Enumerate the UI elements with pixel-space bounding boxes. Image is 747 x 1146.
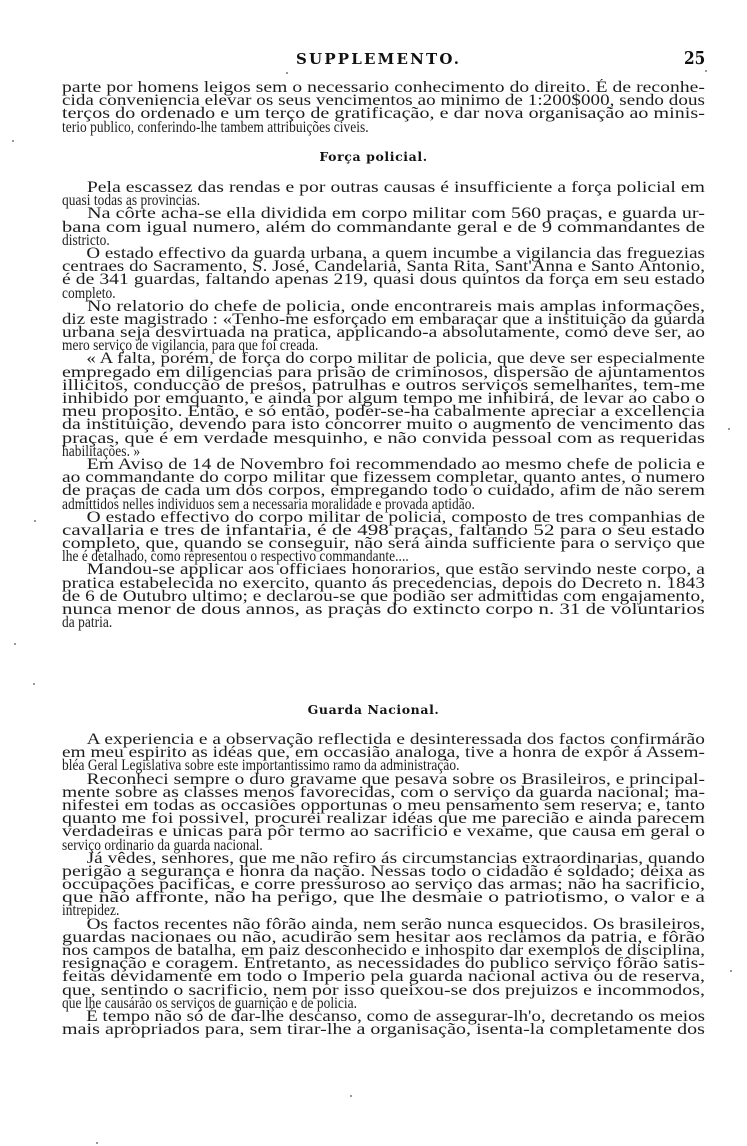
text-line: mais apropriados para, sem tirar-lhe a o…	[62, 1023, 705, 1036]
scan-speck	[12, 140, 14, 142]
text-line: da patria.	[62, 616, 705, 629]
section-heading-guarda-nacional: Guarda Nacional.	[0, 702, 747, 717]
scan-speck	[730, 970, 732, 972]
page-number: 25	[684, 48, 705, 69]
text-line: é de 341 guardas, faltando apenas 219, q…	[62, 273, 705, 286]
scan-speck	[350, 1095, 352, 1097]
scan-speck	[96, 1142, 98, 1144]
scan-speck	[34, 520, 36, 522]
running-title: SUPPLEMENTO.	[296, 50, 461, 68]
section-heading-forca-policial: Força policial.	[0, 149, 747, 164]
scan-speck	[286, 72, 288, 74]
document-page: SUPPLEMENTO. 25 parte por homens leigos …	[0, 0, 747, 1146]
section-body-forca-policial: Pela escassez das rendas e por outras ca…	[62, 181, 705, 629]
text-line: bana com igual numero, além do commandan…	[62, 221, 705, 234]
text-line: terio publico, conferindo-lhe tambem att…	[62, 121, 705, 134]
scan-speck	[14, 643, 16, 645]
scan-speck	[728, 428, 730, 430]
text-line: nunca menor de dous annos, as praças do …	[62, 603, 705, 616]
running-head: SUPPLEMENTO. 25	[0, 50, 747, 70]
scan-speck	[33, 683, 35, 685]
section-body-guarda-nacional: A experiencia e a observação reflectida …	[62, 733, 705, 1036]
scan-speck	[705, 70, 707, 72]
intro-paragraph: parte por homens leigos sem o necessario…	[62, 81, 705, 134]
text-line: praças, que é em verdade mesquinho, e nã…	[62, 432, 705, 445]
text-line: que não affronte, não ha perigo, que lhe…	[62, 891, 705, 904]
